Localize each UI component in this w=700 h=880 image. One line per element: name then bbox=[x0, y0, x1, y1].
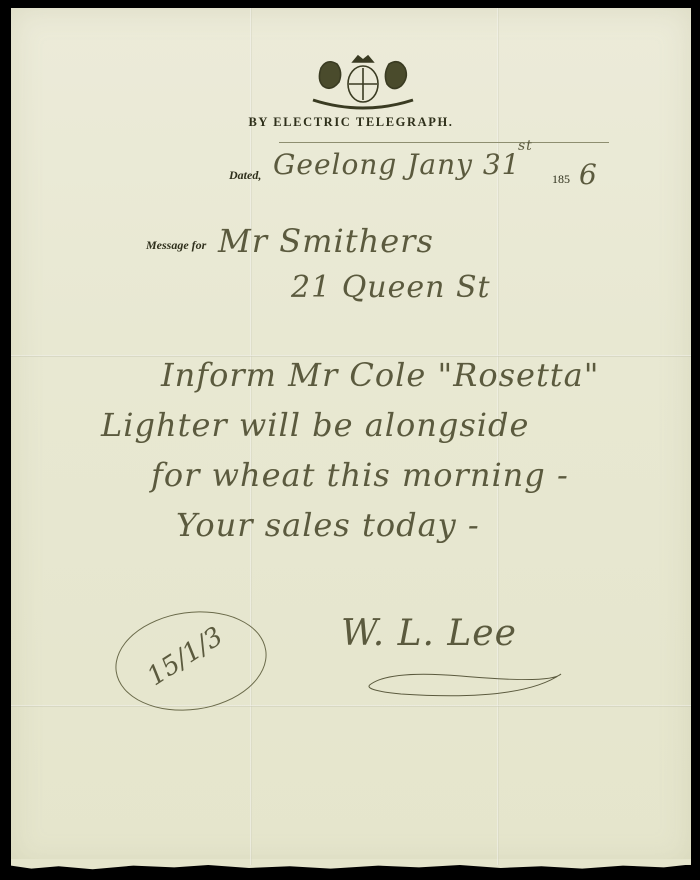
telegram-paper: BY ELECTRIC TELEGRAPH. Dated, 185 Messag… bbox=[11, 8, 691, 865]
stamp-date: 15/1/3 bbox=[142, 621, 229, 692]
signature-flourish bbox=[11, 8, 691, 865]
